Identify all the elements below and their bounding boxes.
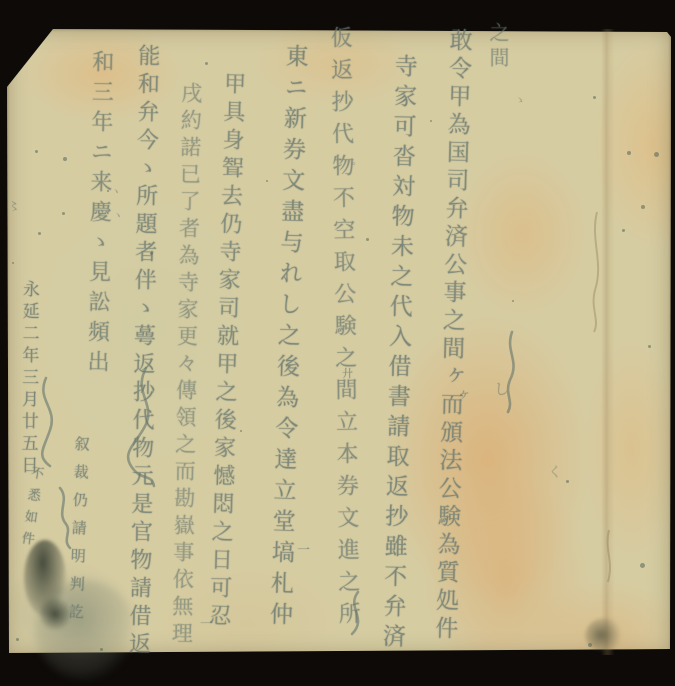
margin-mark: 〻 bbox=[8, 200, 20, 212]
interlinear-dash: 一 bbox=[297, 544, 310, 557]
fold-seam bbox=[601, 29, 617, 655]
text-column-column-8: 和三年ニ来慶ゝ見訟頻出 bbox=[85, 50, 112, 380]
ink-speck bbox=[240, 430, 242, 432]
text-column-date-line: 永延二年三月廿五日 bbox=[18, 280, 37, 478]
ink-speck bbox=[266, 180, 268, 182]
text-column-top-right-fragment: 之間 bbox=[488, 22, 508, 72]
ink-speck bbox=[641, 205, 645, 209]
scan-background: { "artifact": { "kind": "aged handwritte… bbox=[0, 0, 675, 686]
iteration-mark: ゝ bbox=[514, 94, 526, 106]
ink-speck bbox=[62, 212, 65, 215]
kana-mark: ヶ bbox=[458, 388, 471, 401]
ink-speck bbox=[12, 262, 14, 264]
ink-speck bbox=[566, 480, 569, 483]
ink-speck bbox=[150, 252, 153, 255]
ink-speck bbox=[430, 120, 432, 122]
ink-speck bbox=[107, 190, 109, 192]
ink-speck bbox=[512, 300, 514, 302]
ink-speck bbox=[654, 152, 659, 157]
kana-mark: く bbox=[548, 466, 562, 480]
ink-speck bbox=[648, 345, 651, 348]
ink-speck bbox=[640, 563, 645, 568]
ink-speck bbox=[100, 648, 103, 651]
ink-speck bbox=[205, 62, 208, 65]
ink-speck bbox=[38, 232, 41, 235]
iteration-mark: ヽ bbox=[113, 212, 123, 222]
ink-speck bbox=[366, 238, 369, 241]
ink-speck bbox=[63, 157, 67, 161]
interlinear-dash: 一 bbox=[200, 618, 213, 631]
ink-speck bbox=[627, 151, 631, 155]
interlinear-correction: 廾 bbox=[342, 368, 353, 379]
kana-mark: し bbox=[494, 382, 509, 397]
ink-speck bbox=[593, 96, 596, 99]
iteration-mark: ヽ bbox=[111, 188, 121, 198]
ink-blot bbox=[585, 618, 625, 652]
punctuation-dot: 。 bbox=[352, 158, 361, 167]
ink-speck bbox=[588, 643, 592, 647]
ink-speck bbox=[622, 229, 625, 232]
ink-speck bbox=[35, 150, 38, 153]
ink-speck bbox=[16, 638, 19, 641]
